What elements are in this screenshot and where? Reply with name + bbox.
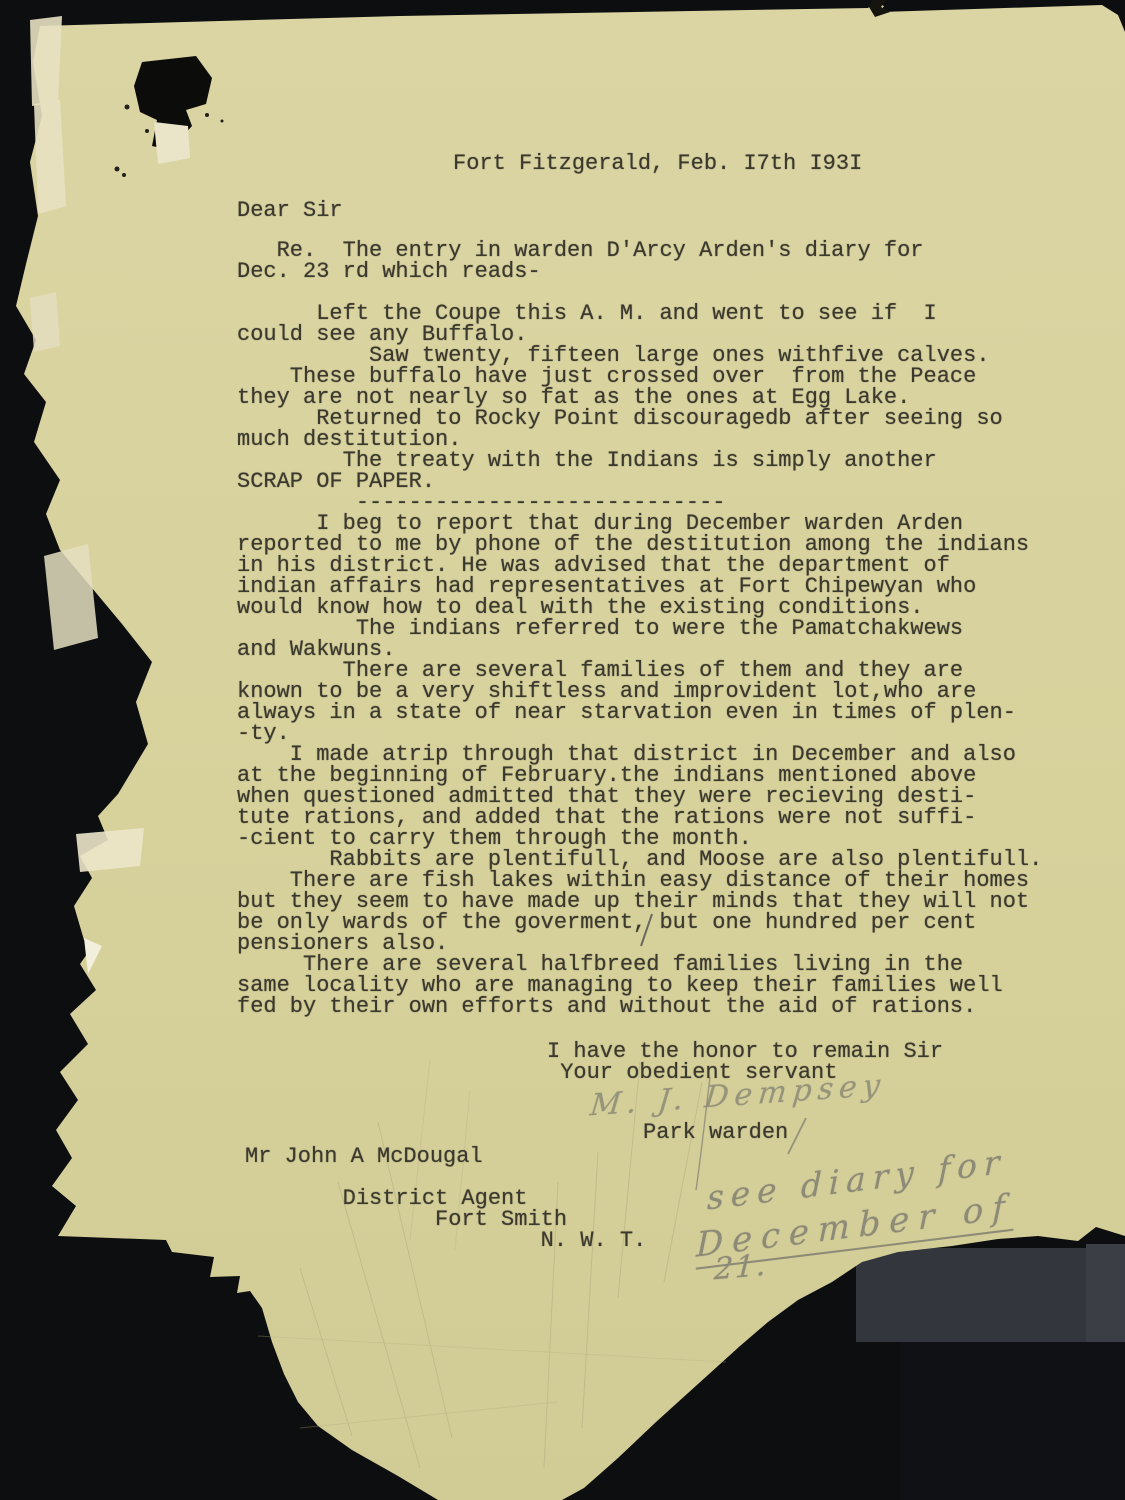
recipient-address: District Agent Fort Smith N. W. T. [237, 1188, 646, 1251]
background-shadow [900, 1342, 1125, 1500]
ink-blot-light-patch [154, 122, 190, 164]
pencil-note-line3: 21. [713, 1248, 768, 1288]
ink-speck [205, 113, 209, 117]
ink-speck [122, 173, 126, 177]
ink-speck [115, 167, 120, 172]
signature-title: Park warden [643, 1122, 788, 1143]
tape-patch [30, 292, 60, 352]
recipient-name: Mr John A McDougal [245, 1146, 483, 1167]
tape-patch [30, 16, 62, 106]
dateline: Fort Fitzgerald, Feb. I7th I93I [453, 153, 862, 174]
scanned-letter-page: Fort Fitzgerald, Feb. I7th I93I Dear Sir… [0, 0, 1125, 1500]
background-panel [856, 1248, 1125, 1342]
ink-speck [221, 120, 224, 123]
reference-line: Re. The entry in warden D'Arcy Arden's d… [237, 240, 924, 282]
ink-speck [145, 129, 149, 133]
salutation: Dear Sir [237, 200, 343, 221]
ink-speck [125, 105, 130, 110]
tape-patch [76, 828, 144, 872]
letter-body: Left the Coupe this A. M. and went to se… [237, 303, 1042, 1017]
